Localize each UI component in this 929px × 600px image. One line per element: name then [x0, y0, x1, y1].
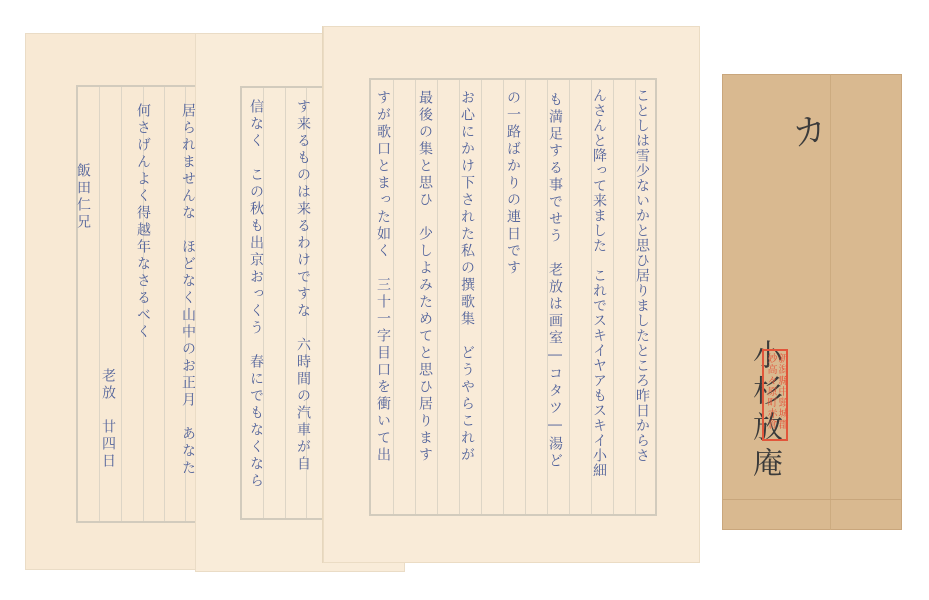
- letter-sheet-3: 居られませんな ほどなく山中のお正月 あなた 何さげんよく得越年なさるべく 老放…: [25, 33, 207, 570]
- letter-line: も満足する事でせう 老放は画室―コタツ―湯ど: [547, 92, 563, 470]
- envelope-seam: [830, 74, 831, 530]
- letter-line: す来るものは来るわけですな 六時間の汽車が自: [295, 99, 311, 473]
- letter-line: 何さげんよく得越年なさるべく: [135, 103, 151, 341]
- letter-sheet-1: ことしは雪少ないかと思ひ居りましたところ昨日からさ んさんと降って来ました これ…: [323, 26, 700, 563]
- address-stamp: 新潟縣中頸城郡 妙高々原町赤倉: [762, 349, 788, 441]
- rule-line: [164, 87, 165, 521]
- letter-line: の一路ばかりの連日です: [505, 90, 521, 277]
- letter-line: 信なく この秋も出京おっくう 春にでもなくなら: [248, 99, 264, 490]
- rule-line: [121, 87, 122, 521]
- letter-line: んさんと降って来ました これでスキイヤアもスキイ小細: [591, 88, 607, 478]
- envelope-mark: カ: [788, 101, 830, 155]
- rule-line: [613, 80, 614, 514]
- rule-line: [503, 80, 504, 514]
- letter-line: 居られませんな ほどなく山中のお正月 あなた: [180, 103, 196, 477]
- rule-line: [569, 80, 570, 514]
- stamp-line: 新潟縣中頸城郡: [776, 353, 787, 437]
- rule-line: [285, 88, 286, 518]
- envelope: カ 小杉放庵 新潟縣中頸城郡 妙高々原町赤倉: [722, 74, 902, 530]
- rule-line: [437, 80, 438, 514]
- rule-line: [415, 80, 416, 514]
- letter-line: お心にかけ下された私の撰歌集 どうやらこれが: [459, 90, 475, 464]
- signature: 老放 廿四日: [100, 368, 116, 470]
- rule-line: [393, 80, 394, 514]
- stamp-line: 妙高々原町赤倉: [765, 353, 776, 437]
- addressee: 飯田仁兄: [75, 163, 91, 231]
- letter-line: すが歌口とまった如く 三十一字目口を衝いて出: [375, 90, 391, 464]
- rule-line: [525, 80, 526, 514]
- envelope-flap: [722, 499, 902, 530]
- letter-line: ことしは雪少ないかと思ひ居りましたところ昨日からさ: [634, 88, 650, 463]
- rule-line: [481, 80, 482, 514]
- letter-line: 最後の集と思ひ 少しよみためてと思ひ居ります: [417, 90, 433, 464]
